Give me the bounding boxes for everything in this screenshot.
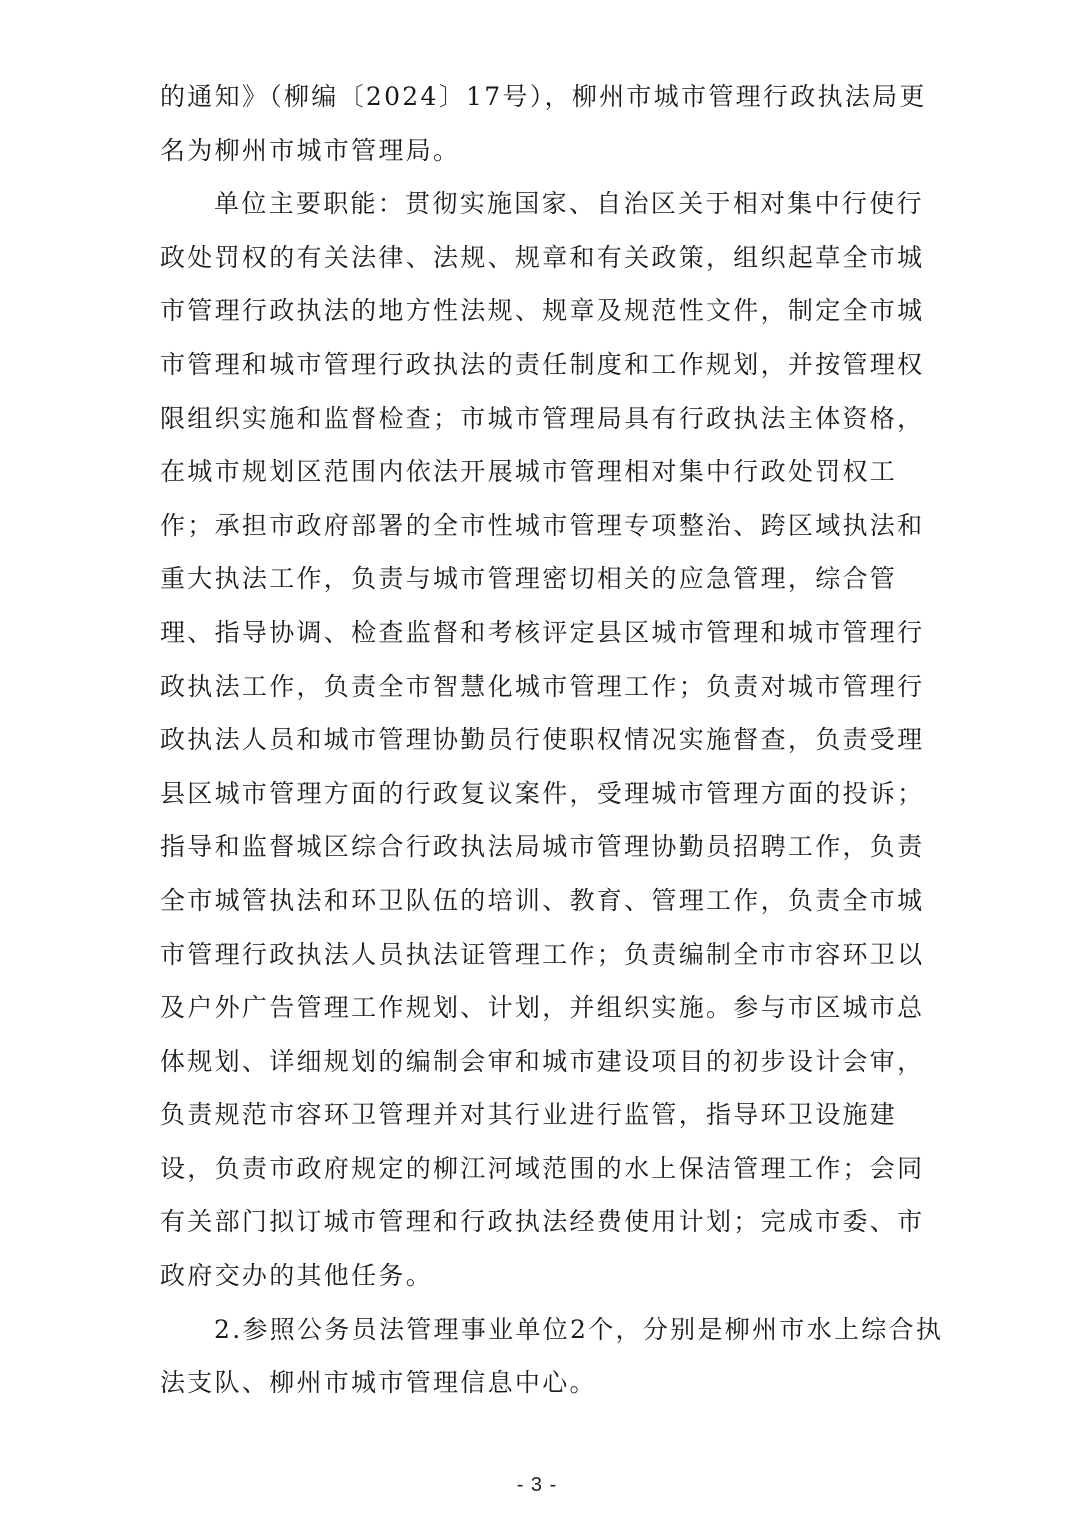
text-line: 负责规范市容环卫管理并对其行业进行监管，指导环卫设施建 — [160, 1088, 928, 1142]
text-line: 有关部门拟订城市管理和行政执法经费使用计划；完成市委、市 — [160, 1195, 928, 1249]
text-line: 政府交办的其他任务。 — [160, 1249, 928, 1303]
text-line: 法支队、柳州市城市管理信息中心。 — [160, 1356, 928, 1410]
text-line: 政执法工作，负责全市智慧化城市管理工作；负责对城市管理行 — [160, 660, 928, 714]
paragraph-renaming-notice: 的通知》（柳编〔2024〕17号），柳州市城市管理行政执法局更 名为柳州市城市管… — [160, 70, 928, 177]
text-line: 设，负责市政府规定的柳江河域范围的水上保洁管理工作；会同 — [160, 1142, 928, 1196]
paragraph-main-functions: 单位主要职能：贯彻实施国家、自治区关于相对集中行使行 政处罚权的有关法律、法规、… — [160, 177, 928, 1302]
text-line: 限组织实施和监督检查；市城市管理局具有行政执法主体资格， — [160, 392, 928, 446]
text-line: 市管理行政执法人员执法证管理工作；负责编制全市市容环卫以 — [160, 928, 928, 982]
text-line: 全市城管执法和环卫队伍的培训、教育、管理工作，负责全市城 — [160, 874, 928, 928]
text-line: 市管理和城市管理行政执法的责任制度和工作规划，并按管理权 — [160, 338, 928, 392]
text-line: 在城市规划区范围内依法开展城市管理相对集中行政处罚权工 — [160, 445, 928, 499]
text-line: 体规划、详细规划的编制会审和城市建设项目的初步设计会审， — [160, 1035, 928, 1089]
text-line: 2.参照公务员法管理事业单位2个，分别是柳州市水上综合执 — [160, 1303, 928, 1357]
text-line: 单位主要职能：贯彻实施国家、自治区关于相对集中行使行 — [160, 177, 928, 231]
text-line: 重大执法工作，负责与城市管理密切相关的应急管理，综合管 — [160, 552, 928, 606]
text-line: 名为柳州市城市管理局。 — [160, 124, 928, 178]
paragraph-affiliated-units: 2.参照公务员法管理事业单位2个，分别是柳州市水上综合执 法支队、柳州市城市管理… — [160, 1303, 928, 1410]
text-line: 县区城市管理方面的行政复议案件，受理城市管理方面的投诉； — [160, 767, 928, 821]
text-line: 政处罚权的有关法律、法规、规章和有关政策，组织起草全市城 — [160, 231, 928, 285]
text-line: 及户外广告管理工作规划、计划，并组织实施。参与市区城市总 — [160, 981, 928, 1035]
text-line: 市管理行政执法的地方性法规、规章及规范性文件，制定全市城 — [160, 284, 928, 338]
text-line: 的通知》（柳编〔2024〕17号），柳州市城市管理行政执法局更 — [160, 70, 928, 124]
text-line: 政执法人员和城市管理协勤员行使职权情况实施督查，负责受理 — [160, 713, 928, 767]
page-number: - 3 - — [0, 1474, 1074, 1497]
document-page-body: 的通知》（柳编〔2024〕17号），柳州市城市管理行政执法局更 名为柳州市城市管… — [160, 70, 928, 1410]
text-line: 理、指导协调、检查监督和考核评定县区城市管理和城市管理行 — [160, 606, 928, 660]
text-line: 指导和监督城区综合行政执法局城市管理协勤员招聘工作，负责 — [160, 820, 928, 874]
text-line: 作；承担市政府部署的全市性城市管理专项整治、跨区域执法和 — [160, 499, 928, 553]
